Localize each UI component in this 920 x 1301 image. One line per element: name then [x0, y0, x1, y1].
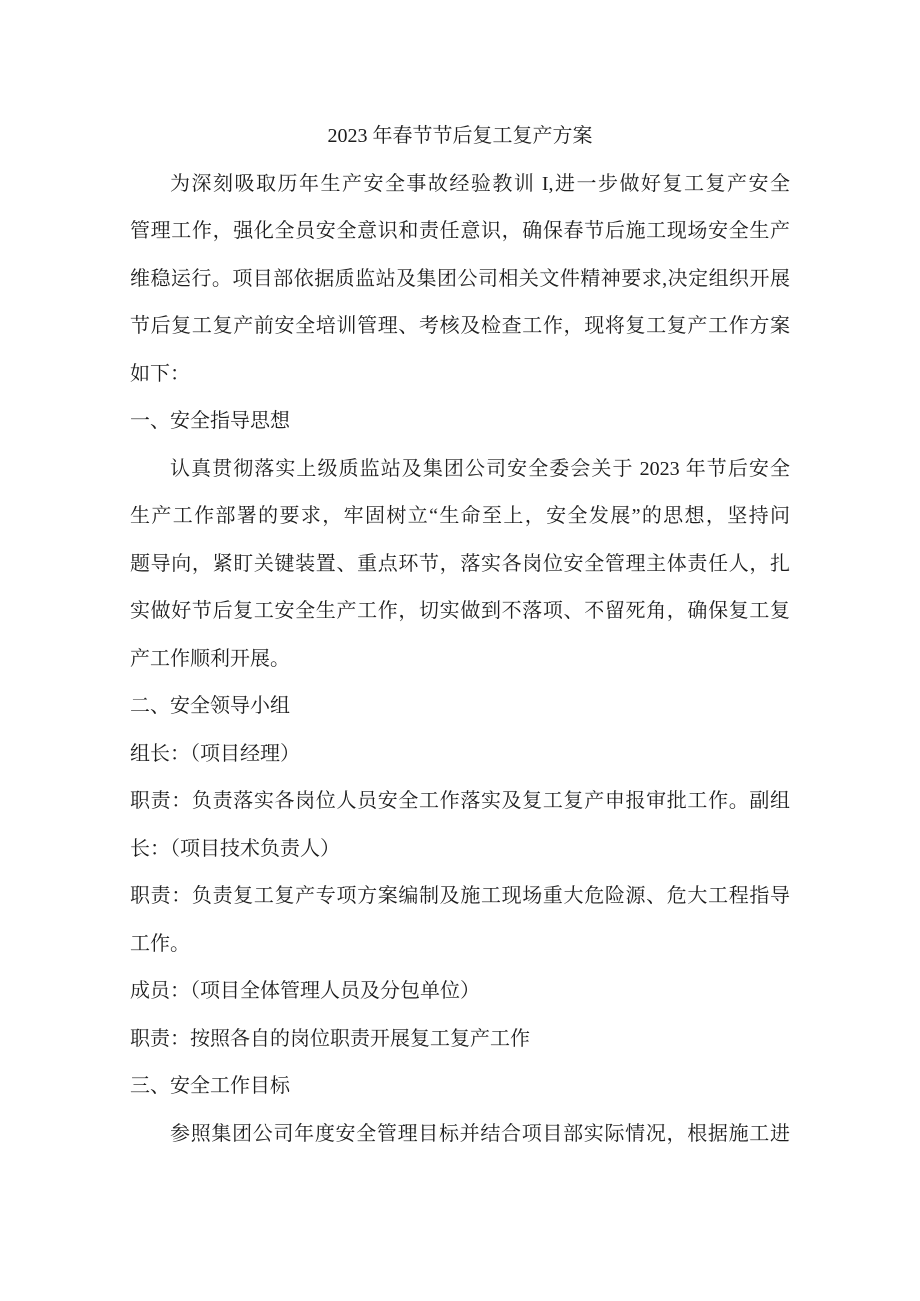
section-heading-safety-guidance: 一、安全指导思想: [130, 398, 790, 446]
doc-line: 成员：（项目全体管理人员及分包单位）: [130, 968, 790, 1016]
doc-line: 节后复工复产前安全培训管理、考核及检查工作，现将复工复产工作方案: [130, 303, 790, 351]
doc-line: 实做好节后复工安全生产工作，切实做到不落项、不留死角，确保复工复: [130, 588, 790, 636]
doc-line: 生产工作部署的要求，牢固树立“生命至上，安全发展”的思想，坚持问: [130, 493, 790, 541]
doc-line: 如下：: [130, 351, 790, 399]
doc-line: 职责：按照各自的岗位职责开展复工复产工作: [130, 1016, 790, 1064]
doc-line: 组长：（项目经理）: [130, 731, 790, 779]
doc-line: 认真贯彻落实上级质监站及集团公司安全委会关于 2023 年节后安全: [130, 446, 790, 494]
doc-line: 维稳运行。项目部依据质监站及集团公司相关文件精神要求,决定组织开展: [130, 256, 790, 304]
doc-line: 题导向，紧盯关键装置、重点环节，落实各岗位安全管理主体责任人，扎: [130, 541, 790, 589]
section-heading-safety-leading-group: 二、安全领导小组: [130, 683, 790, 731]
doc-line: 职责：负责复工复产专项方案编制及施工现场重大危险源、危大工程指导: [130, 873, 790, 921]
doc-line: 长：（项目技术负责人）: [130, 826, 790, 874]
doc-line: 管理工作，强化全员安全意识和责任意识，确保春节后施工现场安全生产: [130, 208, 790, 256]
doc-line: 职责：负责落实各岗位人员安全工作落实及复工复产申报审批工作。副组: [130, 778, 790, 826]
document-title: 2023 年春节节后复工复产方案: [130, 113, 790, 161]
doc-line: 产工作顺利开展。: [130, 636, 790, 684]
doc-line: 为深刻吸取历年生产安全事故经验教训 I,进一步做好复工复产安全: [130, 161, 790, 209]
doc-line: 参照集团公司年度安全管理目标并结合项目部实际情况，根据施工进: [130, 1111, 790, 1159]
document-page: 2023 年春节节后复工复产方案 为深刻吸取历年生产安全事故经验教训 I,进一步…: [0, 0, 920, 1301]
doc-line: 工作。: [130, 921, 790, 969]
section-heading-safety-work-goal: 三、安全工作目标: [130, 1063, 790, 1111]
